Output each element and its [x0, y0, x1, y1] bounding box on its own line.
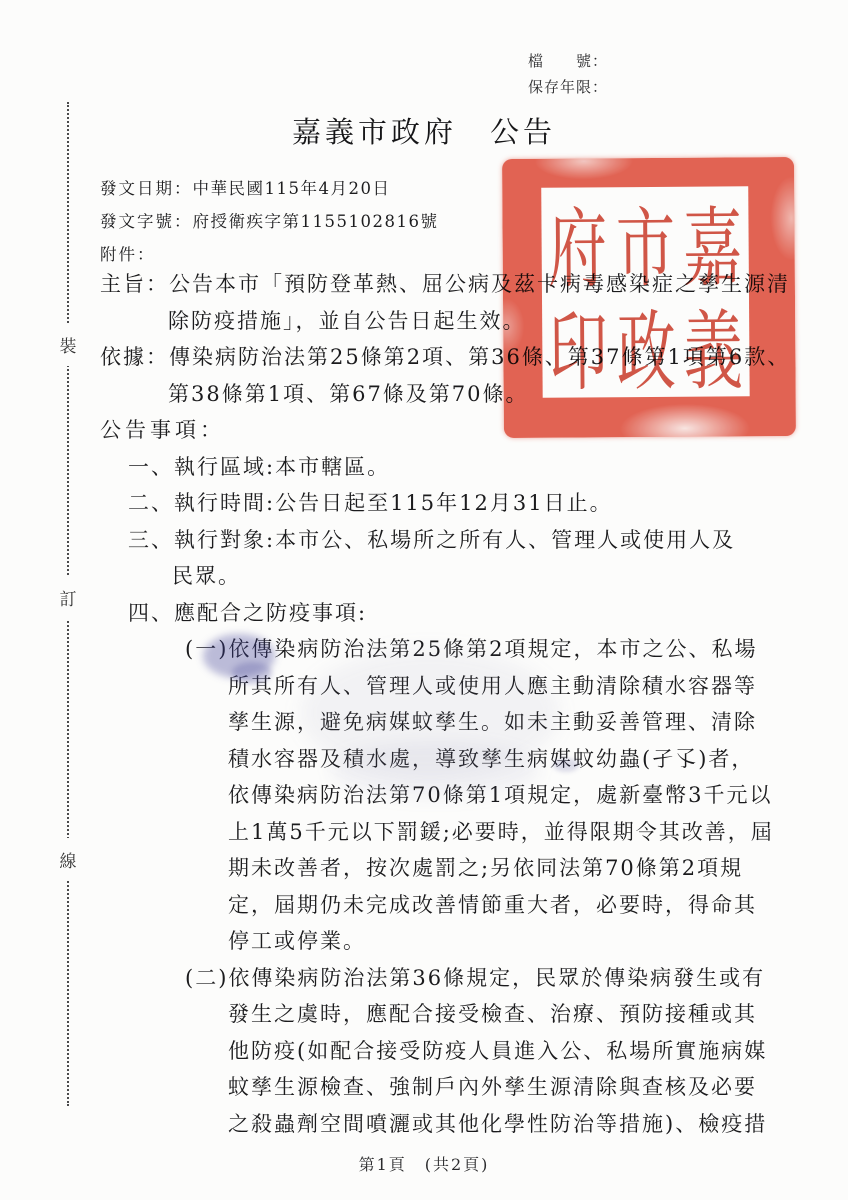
doc-number-value: 府授衛疾字第1155102816號: [193, 212, 439, 231]
page-number: 第1頁 (共2頁): [0, 1152, 848, 1175]
item-number: 三、: [128, 528, 174, 552]
binding-mark-xian: 線: [56, 838, 80, 881]
list-item: (一)依傳染病防治法第25條第2項規定，本市之公、私場所其所有人、管理人或使用人…: [185, 631, 776, 960]
archive-box: 檔 號： 保存年限：: [528, 48, 608, 100]
item-number: 二、: [128, 491, 174, 515]
list-item: 一、執行區域:本市轄區。: [128, 449, 752, 486]
issue-date-value: 中華民國115年4月20日: [193, 179, 391, 198]
list-item: (二)依傳染病防治法第36條規定，民眾於傳染病發生或有發生之虞時，應配合接受檢查…: [185, 960, 776, 1143]
document-meta: 發文日期：中華民國115年4月20日 發文字號：府授衛疾字第1155102816…: [100, 172, 438, 271]
seal-inner-face: 嘉 義 市 政 府 印: [541, 186, 749, 397]
document-page: 檔 號： 保存年限： 嘉義市政府 公告 發文日期：中華民國115年4月20日 發…: [0, 0, 848, 1200]
item-text: 執行時間:公告日起至115年12月31日止。: [174, 491, 613, 515]
page-title: 嘉義市政府 公告: [0, 110, 848, 151]
seal-character: 印: [543, 267, 613, 422]
item-text: 執行區域:本市轄區。: [174, 455, 390, 479]
official-seal: 嘉 義 市 政 府 印: [502, 157, 796, 438]
issue-date-label: 發文日期：: [100, 179, 193, 198]
sub-item-number: (二): [185, 966, 228, 990]
item-text: 應配合之防疫事項:: [174, 601, 367, 625]
list-item: 二、執行時間:公告日起至115年12月31日止。: [128, 485, 752, 522]
doc-number-label: 發文字號：: [100, 212, 193, 231]
seal-character: 政: [611, 266, 681, 421]
issue-date-row: 發文日期：中華民國115年4月20日: [100, 172, 438, 205]
item-text: 執行對象:本市公、私場所之所有人、管理人或使用人及民眾。: [172, 528, 735, 589]
sub-item-text: 依傳染病防治法第36條規定，民眾於傳染病發生或有發生之虞時，應配合接受檢查、治療…: [228, 966, 767, 1136]
seal-character: 義: [678, 266, 748, 421]
binding-mark-ding: 訂: [56, 576, 80, 619]
list-item: 四、應配合之防疫事項:: [128, 595, 752, 632]
file-number-label: 檔 號：: [528, 48, 608, 74]
sub-item-list: (一)依傳染病防治法第25條第2項規定，本市之公、私場所其所有人、管理人或使用人…: [185, 631, 752, 1142]
binding-mark-zhuang: 裝: [56, 323, 80, 366]
retention-period-label: 保存年限：: [528, 74, 608, 100]
sub-item-number: (一): [185, 637, 228, 661]
list-item: 三、執行對象:本市公、私場所之所有人、管理人或使用人及民眾。: [128, 522, 752, 595]
item-number: 一、: [128, 455, 174, 479]
item-number: 四、: [128, 601, 174, 625]
doc-number-row: 發文字號：府授衛疾字第1155102816號: [100, 205, 438, 238]
attachment-label: 附件：: [100, 245, 156, 264]
subject-label: 主旨：: [100, 272, 169, 296]
announcement-items: 一、執行區域:本市轄區。 二、執行時間:公告日起至115年12月31日止。 三、…: [128, 449, 752, 1143]
basis-label: 依據：: [100, 345, 169, 369]
sub-item-text: 依傳染病防治法第25條第2項規定，本市之公、私場所其所有人、管理人或使用人應主動…: [228, 637, 774, 953]
